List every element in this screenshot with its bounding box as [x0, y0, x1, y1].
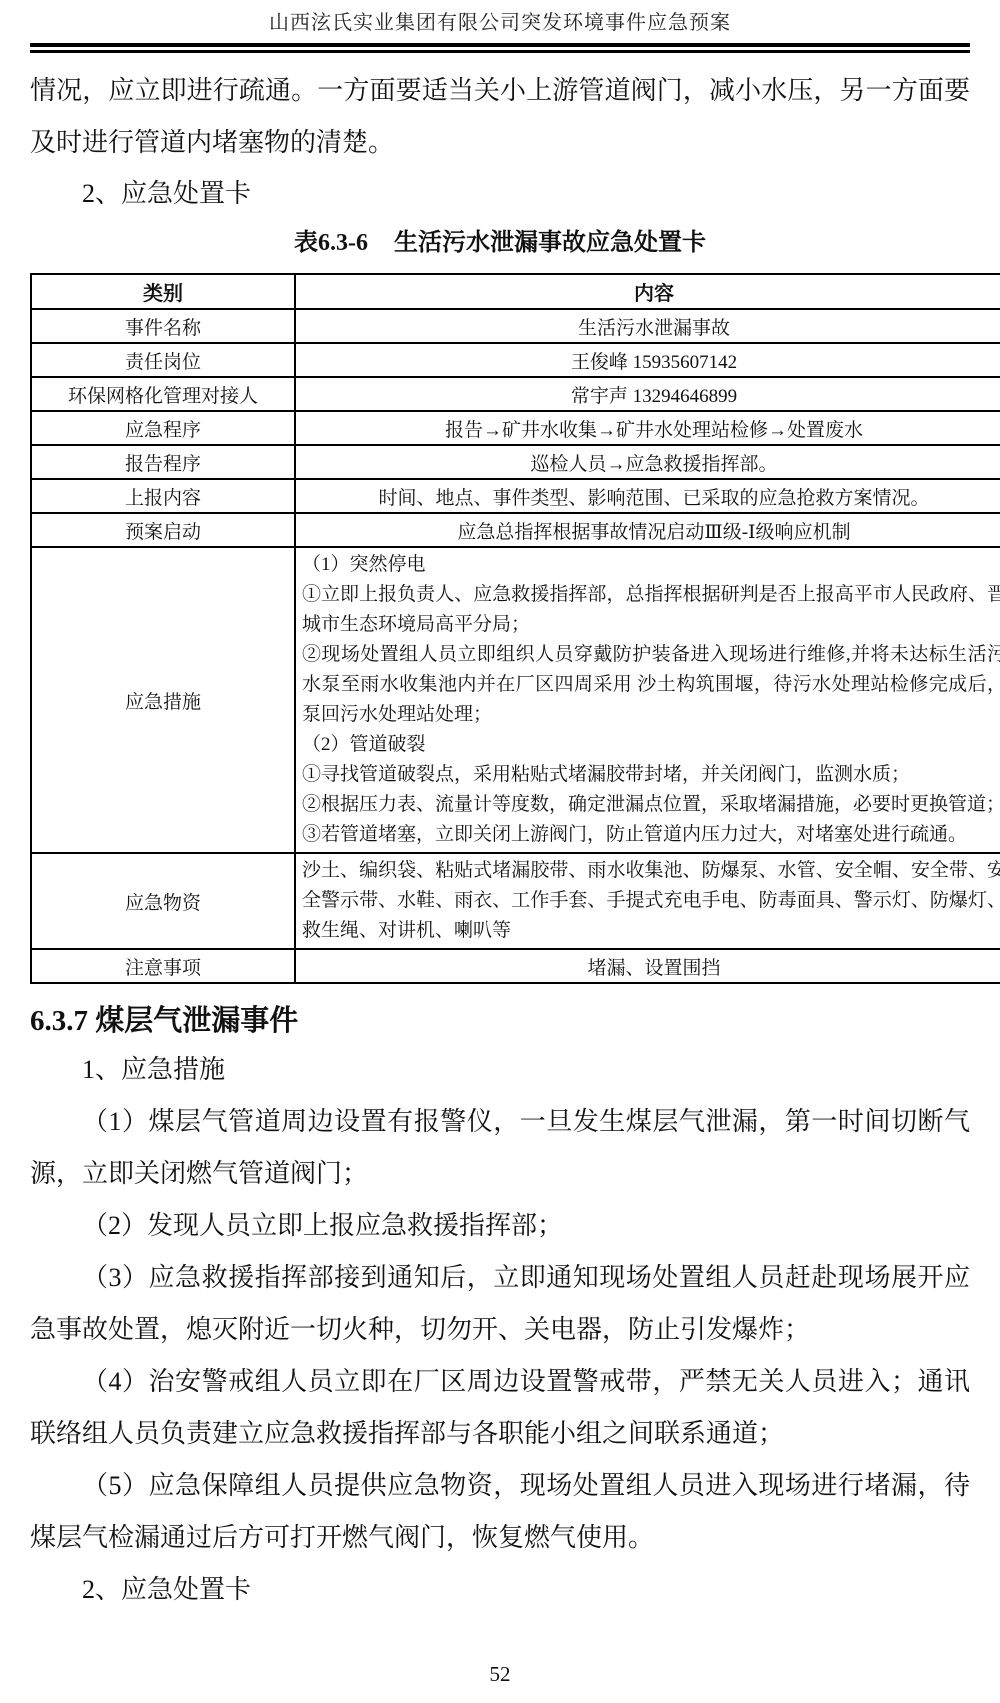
table-header-row: 类别 内容: [31, 274, 1000, 309]
section-sub-item: 1、应急措施: [30, 1044, 970, 1096]
row-value: 时间、地点、事件类型、影响范围、已采取的应急抢救方案情况。: [295, 479, 1000, 513]
measure-line: ③若管道堵塞，立即关闭上游阀门，防止管道内压力过大，对堵塞处进行疏通。: [302, 820, 1000, 850]
table-row-report-content: 上报内容 时间、地点、事件类型、影响范围、已采取的应急抢救方案情况。: [31, 479, 1000, 513]
table-caption-number: 表6.3-6: [294, 230, 368, 256]
table-row-grid-contact: 环保网格化管理对接人 常宇声 13294646899: [31, 377, 1000, 411]
row-value: 堵漏、设置围挡: [295, 949, 1000, 983]
row-label: 预案启动: [31, 513, 295, 547]
supplies-text: 沙土、编织袋、粘贴式堵漏胶带、雨水收集池、防爆泵、水管、安全帽、安全带、安全警示…: [302, 856, 1000, 946]
table-caption-title: 生活污水泄漏事故应急处置卡: [394, 230, 706, 256]
row-label: 应急程序: [31, 411, 295, 445]
row-label: 上报内容: [31, 479, 295, 513]
row-label: 应急措施: [31, 547, 295, 853]
table-row-measures: 应急措施 （1）突然停电 ①立即上报负责人、应急救援指挥部，总指挥根据研判是否上…: [31, 547, 1000, 853]
table-row-supplies: 应急物资 沙土、编织袋、粘贴式堵漏胶带、雨水收集池、防爆泵、水管、安全帽、安全带…: [31, 853, 1000, 949]
measure-line: ①立即上报负责人、应急救援指挥部，总指挥根据研判是否上报高平市人民政府、晋城市生…: [302, 580, 1000, 640]
row-value: 应急总指挥根据事故情况启动Ⅲ级-Ⅰ级响应机制: [295, 513, 1000, 547]
section-paragraph: （5）应急保障组人员提供应急物资，现场处置组人员进入现场进行堵漏，待煤层气检漏通…: [30, 1460, 970, 1564]
section-paragraph: （4）治安警戒组人员立即在厂区周边设置警戒带，严禁无关人员进入；通讯联络组人员负…: [30, 1356, 970, 1460]
section-card-item: 2、应急处置卡: [30, 1564, 970, 1616]
table-row-procedure: 应急程序 报告→矿井水收集→矿井水处理站检修→处置废水: [31, 411, 1000, 445]
measure-line: （2）管道破裂: [302, 730, 1000, 760]
table-row-event-name: 事件名称 生活污水泄漏事故: [31, 309, 1000, 343]
table-row-notes: 注意事项 堵漏、设置围挡: [31, 949, 1000, 983]
section-heading: 6.3.7 煤层气泄漏事件: [30, 1000, 970, 1042]
row-label: 环保网格化管理对接人: [31, 377, 295, 411]
row-value: 报告→矿井水收集→矿井水处理站检修→处置废水: [295, 411, 1000, 445]
row-label: 事件名称: [31, 309, 295, 343]
intro-paragraph: 情况，应立即进行疏通。一方面要适当关小上游管道阀门，减小水压，另一方面要及时进行…: [30, 65, 970, 169]
section-paragraph: （3）应急救援指挥部接到通知后，立即通知现场处置组人员赶赴现场展开应急事故处置，…: [30, 1252, 970, 1356]
intro-card-item: 2、应急处置卡: [30, 169, 970, 219]
measure-line: （1）突然停电: [302, 550, 1000, 580]
document-page: 山西泫氏实业集团有限公司突发环境事件应急预案 情况，应立即进行疏通。一方面要适当…: [0, 0, 1000, 1703]
measure-line: ①寻找管道破裂点，采用粘贴式堵漏胶带封堵，并关闭阀门，监测水质；: [302, 760, 1000, 790]
table-row-report-procedure: 报告程序 巡检人员→应急救援指挥部。: [31, 445, 1000, 479]
row-value: 生活污水泄漏事故: [295, 309, 1000, 343]
header-cell-content: 内容: [295, 274, 1000, 309]
row-value-supplies: 沙土、编织袋、粘贴式堵漏胶带、雨水收集池、防爆泵、水管、安全帽、安全带、安全警示…: [295, 853, 1000, 949]
row-value: 常宇声 13294646899: [295, 377, 1000, 411]
table-row-duty-post: 责任岗位 王俊峰 15935607142: [31, 343, 1000, 377]
emergency-card-table: 类别 内容 事件名称 生活污水泄漏事故 责任岗位 王俊峰 15935607142…: [30, 273, 1000, 984]
doc-header-rule: [30, 43, 970, 53]
doc-header-title: 山西泫氏实业集团有限公司突发环境事件应急预案: [30, 10, 970, 36]
table-row-plan-activation: 预案启动 应急总指挥根据事故情况启动Ⅲ级-Ⅰ级响应机制: [31, 513, 1000, 547]
row-value: 巡检人员→应急救援指挥部。: [295, 445, 1000, 479]
row-label: 报告程序: [31, 445, 295, 479]
header-cell-category: 类别: [31, 274, 295, 309]
section-paragraph: （2）发现人员立即上报应急救援指挥部；: [30, 1200, 970, 1252]
measure-line: ②现场处置组人员立即组织人员穿戴防护装备进入现场进行维修,并将未达标生活污水泵至…: [302, 640, 1000, 730]
row-value-measures: （1）突然停电 ①立即上报负责人、应急救援指挥部，总指挥根据研判是否上报高平市人…: [295, 547, 1000, 853]
page-number: 52: [0, 1662, 1000, 1687]
row-label: 应急物资: [31, 853, 295, 949]
table-caption: 表6.3-6生活污水泄漏事故应急处置卡: [30, 225, 970, 261]
measure-line: ②根据压力表、流量计等度数，确定泄漏点位置，采取堵漏措施，必要时更换管道；: [302, 790, 1000, 820]
section-paragraph: （1）煤层气管道周边设置有报警仪，一旦发生煤层气泄漏，第一时间切断气源，立即关闭…: [30, 1096, 970, 1200]
row-label: 注意事项: [31, 949, 295, 983]
row-label: 责任岗位: [31, 343, 295, 377]
row-value: 王俊峰 15935607142: [295, 343, 1000, 377]
